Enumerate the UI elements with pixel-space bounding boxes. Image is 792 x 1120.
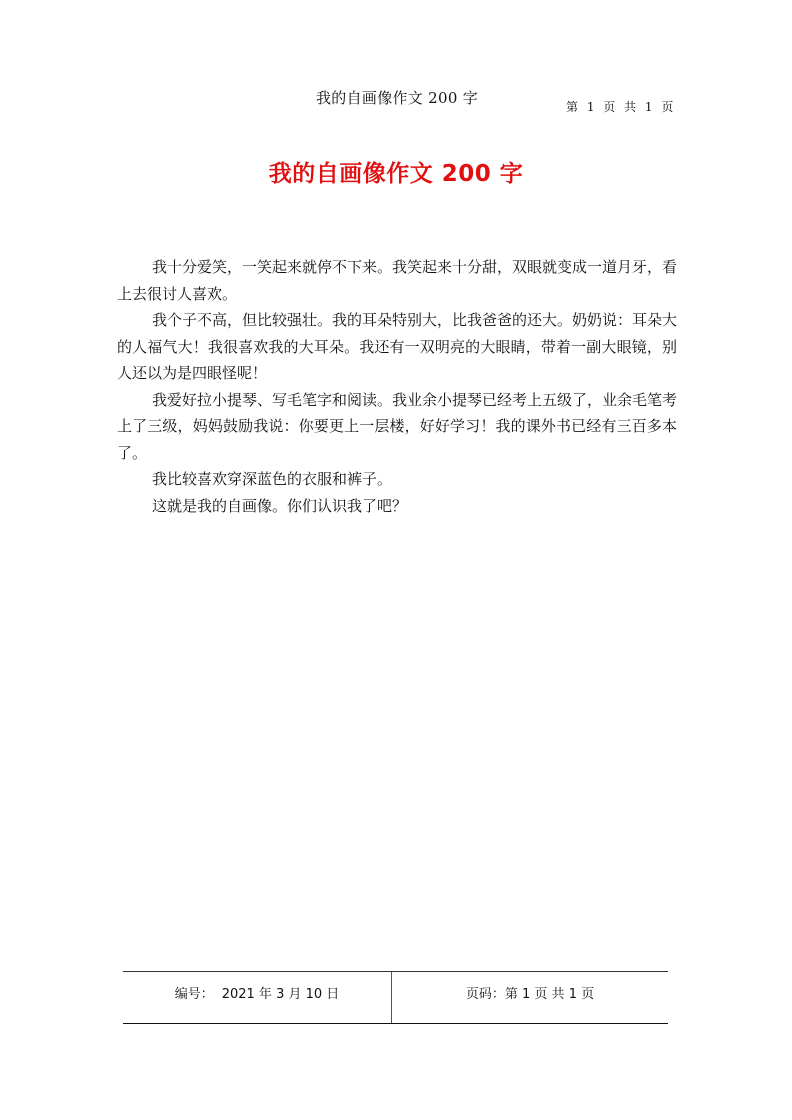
paragraph-1: 我十分爱笑，一笑起来就停不下来。我笑起来十分甜，双眼就变成一道月牙，看上去很讨人… <box>117 254 677 307</box>
footer-number-cell: 编号：2021 年 3 月 10 日 <box>123 972 392 1023</box>
paragraph-2: 我个子不高，但比较强壮。我的耳朵特别大，比我爸爸的还大。奶奶说：耳朵大的人福气大… <box>117 307 677 387</box>
page-header-pager: 第 1 页 共 1 页 <box>566 98 674 116</box>
paragraph-3: 我爱好拉小提琴、写毛笔字和阅读。我业余小提琴已经考上五级了，业余毛笔考上了三级，… <box>117 387 677 467</box>
footer-table: 编号：2021 年 3 月 10 日 页码：第 1 页 共 1 页 <box>123 971 668 1024</box>
document-title: 我的自画像作文 200 字 <box>0 158 792 190</box>
document-body: 我十分爱笑，一笑起来就停不下来。我笑起来十分甜，双眼就变成一道月牙，看上去很讨人… <box>117 254 677 519</box>
footer-page-label: 页码：第 1 页 共 1 页 <box>466 987 594 1002</box>
page-header-title: 我的自画像作文 200 字 <box>316 88 478 108</box>
footer-number-label: 编号： <box>175 987 214 1002</box>
footer-page-cell: 页码：第 1 页 共 1 页 <box>392 972 668 1023</box>
paragraph-5: 这就是我的自画像。你们认识我了吧？ <box>117 493 677 520</box>
footer-date: 2021 年 3 月 10 日 <box>222 987 340 1002</box>
paragraph-4: 我比较喜欢穿深蓝色的衣服和裤子。 <box>117 466 677 493</box>
